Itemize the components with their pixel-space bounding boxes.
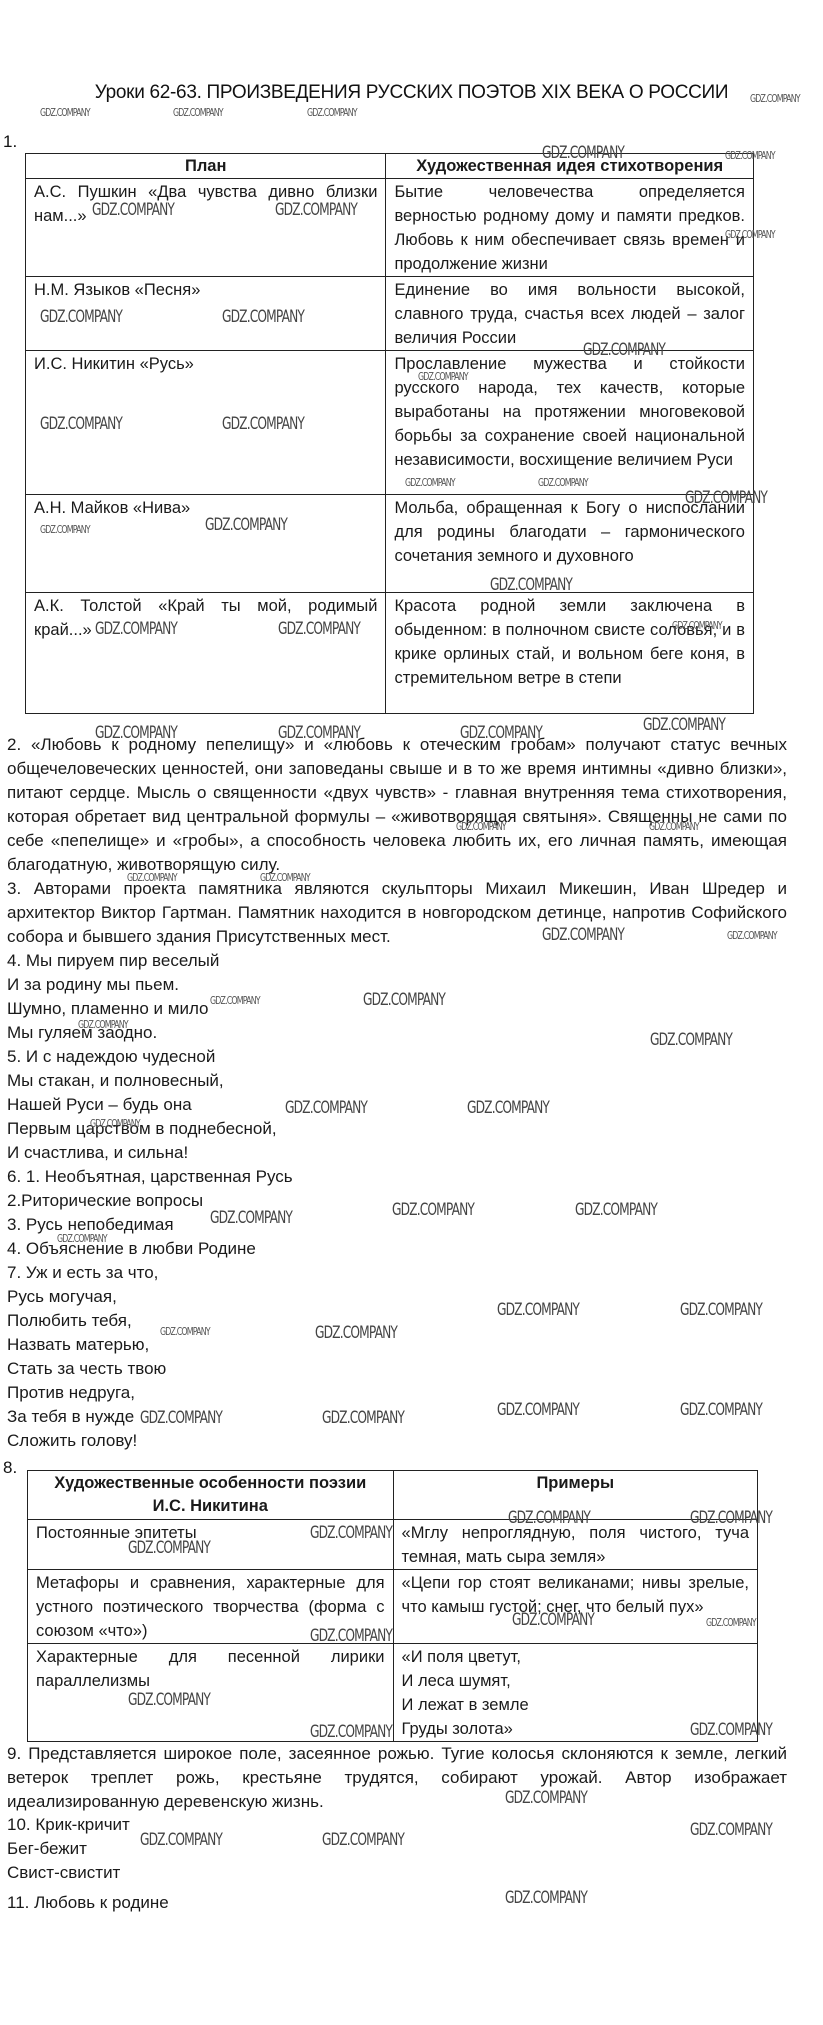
- text-line: Нашей Руси – будь она: [7, 1093, 293, 1117]
- poems-ideas-table: План Художественная идея стихотворения А…: [25, 153, 754, 714]
- watermark: GDZ.COMPANY: [575, 1200, 657, 1220]
- task-2-text: 2. «Любовь к родному пепелищу» и «любовь…: [7, 733, 787, 877]
- text-line: 10. Крик-кричит: [7, 1813, 130, 1837]
- table-header-row: План Художественная идея стихотворения: [26, 154, 754, 179]
- watermark: GDZ.COMPANY: [690, 1820, 772, 1840]
- watermark: GDZ.COMPANY: [467, 1098, 549, 1118]
- plan-cell: А.К. Толстой «Край ты мой, родимый край.…: [26, 593, 386, 714]
- watermark: GDZ.COMPANY: [315, 1323, 397, 1343]
- watermark: GDZ.COMPANY: [505, 1888, 587, 1908]
- table-row: Постоянные эпитеты «Мглу непроглядную, п…: [28, 1520, 758, 1570]
- task-8-number: 8.: [3, 1458, 17, 1478]
- watermark: GDZ.COMPANY: [650, 1030, 732, 1050]
- table-row: А.К. Толстой «Край ты мой, родимый край.…: [26, 593, 754, 714]
- watermark: GDZ.COMPANY: [497, 1400, 579, 1420]
- page-title: Уроки 62-63. ПРОИЗВЕДЕНИЯ РУССКИХ ПОЭТОВ…: [0, 82, 823, 104]
- table-row: Метафоры и сравнения, характерные для ус…: [28, 1570, 758, 1644]
- text-line: Шумно, пламенно и мило: [7, 997, 293, 1021]
- text-line: Мы стакан, и полновесный,: [7, 1069, 293, 1093]
- plan-cell: А.Н. Майков «Нива»: [26, 495, 386, 593]
- plan-cell: А.С. Пушкин «Два чувства дивно близки на…: [26, 179, 386, 277]
- text-line: 4. Объяснение в любви Родине: [7, 1237, 293, 1261]
- example-cell: «Мглу непроглядную, поля чистого, туча т…: [393, 1520, 757, 1570]
- watermark: GDZ.COMPANY: [307, 106, 357, 119]
- example-line: И леса шумят,: [402, 1669, 749, 1693]
- watermark: GDZ.COMPANY: [285, 1098, 367, 1118]
- task-4-7-lines: 4. Мы пируем пир веселый И за родину мы …: [7, 949, 293, 1453]
- watermark: GDZ.COMPANY: [643, 715, 725, 735]
- text-line: И за родину мы пьем.: [7, 973, 293, 997]
- feature-cell: Постоянные эпитеты: [28, 1520, 394, 1570]
- text-line: Стать за честь твою: [7, 1357, 293, 1381]
- watermark: GDZ.COMPANY: [680, 1300, 762, 1320]
- text-line: 2.Риторические вопросы: [7, 1189, 293, 1213]
- table-row: Н.М. Языков «Песня» Единение во имя воль…: [26, 277, 754, 351]
- text-line: Первым царством в поднебесной,: [7, 1117, 293, 1141]
- example-cell: «Цепи гор стоят великанами; нивы зрелые,…: [393, 1570, 757, 1644]
- text-line: Мы гуляем заодно.: [7, 1021, 293, 1045]
- column-header-plan: План: [26, 154, 386, 179]
- example-cell: «И поля цветут, И леса шумят, И лежат в …: [393, 1644, 757, 1742]
- table-row: Характерные для песенной лирики параллел…: [28, 1644, 758, 1742]
- text-line: 7. Уж и есть за что,: [7, 1261, 293, 1285]
- watermark: GDZ.COMPANY: [322, 1830, 404, 1850]
- watermark: GDZ.COMPANY: [392, 1200, 474, 1220]
- table-row: А.С. Пушкин «Два чувства дивно близки на…: [26, 179, 754, 277]
- text-line: За тебя в нужде: [7, 1405, 293, 1429]
- idea-cell: Единение во имя вольности высокой, славн…: [386, 277, 754, 351]
- text-line: 5. И с надеждою чудесной: [7, 1045, 293, 1069]
- plan-cell: И.С. Никитин «Русь»: [26, 351, 386, 495]
- task-1-number: 1.: [3, 132, 17, 152]
- text-line: Русь могучая,: [7, 1285, 293, 1309]
- document-page: Уроки 62-63. ПРОИЗВЕДЕНИЯ РУССКИХ ПОЭТОВ…: [0, 0, 823, 2025]
- text-line: Против недруга,: [7, 1381, 293, 1405]
- feature-cell: Характерные для песенной лирики параллел…: [28, 1644, 394, 1742]
- watermark: GDZ.COMPANY: [680, 1400, 762, 1420]
- idea-cell: Бытие человечества определяется верность…: [386, 179, 754, 277]
- watermark: GDZ.COMPANY: [322, 1408, 404, 1428]
- idea-cell: Прославление мужества и стойкости русско…: [386, 351, 754, 495]
- example-line: «И поля цветут,: [402, 1645, 749, 1669]
- watermark: GDZ.COMPANY: [140, 1830, 222, 1850]
- watermark: GDZ.COMPANY: [497, 1300, 579, 1320]
- idea-cell: Мольба, обращенная к Богу о ниспослании …: [386, 495, 754, 593]
- column-header-feature: Художественные особенности поэзии И.С. Н…: [28, 1471, 394, 1520]
- text-line: Полюбить тебя,: [7, 1309, 293, 1333]
- text-line: И счастлива, и сильна!: [7, 1141, 293, 1165]
- table-row: И.С. Никитин «Русь» Прославление мужеств…: [26, 351, 754, 495]
- column-header-idea: Художественная идея стихотворения: [386, 154, 754, 179]
- column-header-examples: Примеры: [393, 1471, 757, 1520]
- watermark: GDZ.COMPANY: [173, 106, 223, 119]
- watermark: GDZ.COMPANY: [40, 106, 90, 119]
- plan-cell: Н.М. Языков «Песня»: [26, 277, 386, 351]
- task-11-text: 11. Любовь к родине: [7, 1891, 169, 1915]
- text-line: 3. Русь непобедимая: [7, 1213, 293, 1237]
- text-line: 4. Мы пируем пир веселый: [7, 949, 293, 973]
- text-line: 6. 1. Необъятная, царственная Русь: [7, 1165, 293, 1189]
- task-9-text: 9. Представляется широкое поле, засеянно…: [7, 1742, 787, 1814]
- table-header-row: Художественные особенности поэзии И.С. Н…: [28, 1471, 758, 1520]
- example-line: Груды золота»: [402, 1717, 749, 1741]
- table-row: А.Н. Майков «Нива» Мольба, обращенная к …: [26, 495, 754, 593]
- task-10-lines: 10. Крик-кричит Бег-бежит Свист-свистит: [7, 1813, 130, 1885]
- example-line: И лежат в земле: [402, 1693, 749, 1717]
- text-line: Сложить голову!: [7, 1429, 293, 1453]
- task-3-text: 3. Авторами проекта памятника являются с…: [7, 877, 787, 949]
- text-line: Назвать матерью,: [7, 1333, 293, 1357]
- text-line: Свист-свистит: [7, 1861, 130, 1885]
- text-line: Бег-бежит: [7, 1837, 130, 1861]
- watermark: GDZ.COMPANY: [363, 990, 445, 1010]
- feature-cell: Метафоры и сравнения, характерные для ус…: [28, 1570, 394, 1644]
- nikitin-features-table: Художественные особенности поэзии И.С. Н…: [27, 1470, 758, 1742]
- idea-cell: Красота родной земли заключена в обыденн…: [386, 593, 754, 714]
